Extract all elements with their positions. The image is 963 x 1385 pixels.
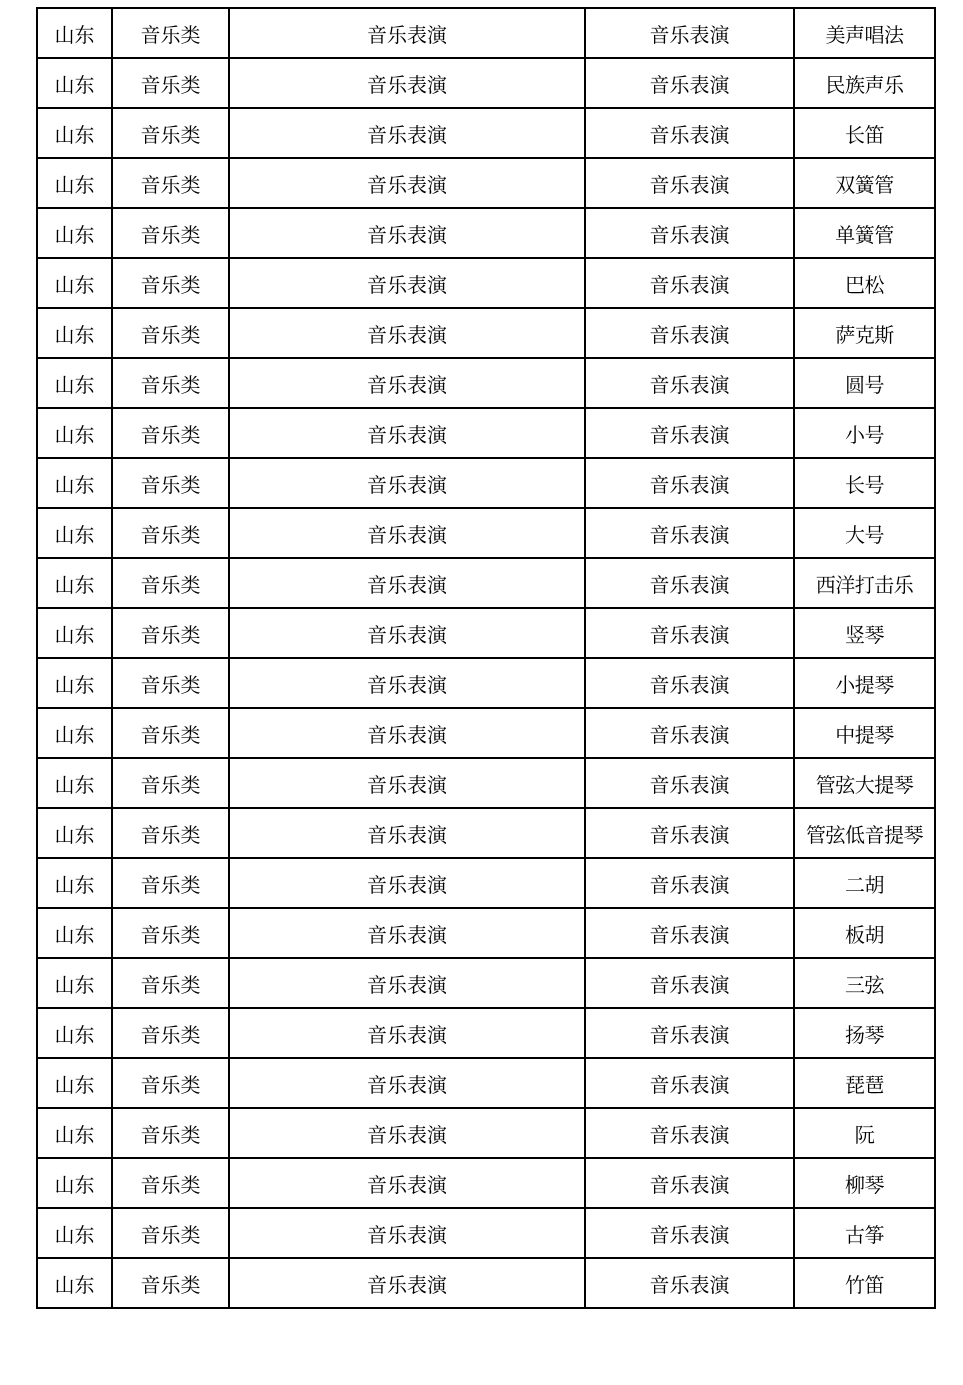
instrument-cell: 单簧管 xyxy=(794,208,935,258)
province-cell: 山东 xyxy=(37,1058,112,1108)
direction-cell: 音乐表演 xyxy=(585,258,794,308)
major-cell: 音乐表演 xyxy=(229,808,585,858)
major-cell: 音乐表演 xyxy=(229,1058,585,1108)
direction-cell: 音乐表演 xyxy=(585,558,794,608)
major-cell: 音乐表演 xyxy=(229,1258,585,1308)
province-cell: 山东 xyxy=(37,808,112,858)
major-cell: 音乐表演 xyxy=(229,208,585,258)
direction-cell: 音乐表演 xyxy=(585,408,794,458)
table-row: 山东音乐类音乐表演音乐表演阮 xyxy=(37,1108,935,1158)
instrument-cell: 琵琶 xyxy=(794,1058,935,1108)
category-cell: 音乐类 xyxy=(112,58,229,108)
category-cell: 音乐类 xyxy=(112,158,229,208)
category-cell: 音乐类 xyxy=(112,408,229,458)
category-cell: 音乐类 xyxy=(112,858,229,908)
instrument-cell: 小号 xyxy=(794,408,935,458)
instrument-cell: 西洋打击乐 xyxy=(794,558,935,608)
table-row: 山东音乐类音乐表演音乐表演小提琴 xyxy=(37,658,935,708)
direction-cell: 音乐表演 xyxy=(585,908,794,958)
direction-cell: 音乐表演 xyxy=(585,358,794,408)
major-cell: 音乐表演 xyxy=(229,508,585,558)
province-cell: 山东 xyxy=(37,908,112,958)
category-cell: 音乐类 xyxy=(112,558,229,608)
direction-cell: 音乐表演 xyxy=(585,658,794,708)
table-row: 山东音乐类音乐表演音乐表演琵琶 xyxy=(37,1058,935,1108)
category-cell: 音乐类 xyxy=(112,958,229,1008)
table-row: 山东音乐类音乐表演音乐表演二胡 xyxy=(37,858,935,908)
major-cell: 音乐表演 xyxy=(229,358,585,408)
instrument-cell: 圆号 xyxy=(794,358,935,408)
major-cell: 音乐表演 xyxy=(229,408,585,458)
table-body: 山东音乐类音乐表演音乐表演美声唱法山东音乐类音乐表演音乐表演民族声乐山东音乐类音… xyxy=(37,8,935,1308)
category-cell: 音乐类 xyxy=(112,608,229,658)
table-row: 山东音乐类音乐表演音乐表演长号 xyxy=(37,458,935,508)
table-row: 山东音乐类音乐表演音乐表演中提琴 xyxy=(37,708,935,758)
major-cell: 音乐表演 xyxy=(229,1108,585,1158)
instrument-cell: 双簧管 xyxy=(794,158,935,208)
direction-cell: 音乐表演 xyxy=(585,1058,794,1108)
province-cell: 山东 xyxy=(37,58,112,108)
major-cell: 音乐表演 xyxy=(229,1158,585,1208)
major-cell: 音乐表演 xyxy=(229,908,585,958)
instrument-cell: 阮 xyxy=(794,1108,935,1158)
table-row: 山东音乐类音乐表演音乐表演双簧管 xyxy=(37,158,935,208)
direction-cell: 音乐表演 xyxy=(585,858,794,908)
table-row: 山东音乐类音乐表演音乐表演巴松 xyxy=(37,258,935,308)
province-cell: 山东 xyxy=(37,1108,112,1158)
major-cell: 音乐表演 xyxy=(229,8,585,58)
category-cell: 音乐类 xyxy=(112,658,229,708)
table-row: 山东音乐类音乐表演音乐表演古筝 xyxy=(37,1208,935,1258)
table-row: 山东音乐类音乐表演音乐表演萨克斯 xyxy=(37,308,935,358)
instrument-cell: 长号 xyxy=(794,458,935,508)
instrument-cell: 板胡 xyxy=(794,908,935,958)
major-cell: 音乐表演 xyxy=(229,58,585,108)
direction-cell: 音乐表演 xyxy=(585,608,794,658)
instrument-cell: 三弦 xyxy=(794,958,935,1008)
table-row: 山东音乐类音乐表演音乐表演竖琴 xyxy=(37,608,935,658)
province-cell: 山东 xyxy=(37,208,112,258)
direction-cell: 音乐表演 xyxy=(585,708,794,758)
major-cell: 音乐表演 xyxy=(229,158,585,208)
province-cell: 山东 xyxy=(37,508,112,558)
table-row: 山东音乐类音乐表演音乐表演民族声乐 xyxy=(37,58,935,108)
category-cell: 音乐类 xyxy=(112,808,229,858)
major-cell: 音乐表演 xyxy=(229,858,585,908)
province-cell: 山东 xyxy=(37,108,112,158)
table-row: 山东音乐类音乐表演音乐表演小号 xyxy=(37,408,935,458)
province-cell: 山东 xyxy=(37,658,112,708)
table-row: 山东音乐类音乐表演音乐表演西洋打击乐 xyxy=(37,558,935,608)
instrument-cell: 竖琴 xyxy=(794,608,935,658)
major-cell: 音乐表演 xyxy=(229,758,585,808)
table-row: 山东音乐类音乐表演音乐表演三弦 xyxy=(37,958,935,1008)
direction-cell: 音乐表演 xyxy=(585,58,794,108)
province-cell: 山东 xyxy=(37,308,112,358)
instrument-cell: 巴松 xyxy=(794,258,935,308)
instrument-cell: 扬琴 xyxy=(794,1008,935,1058)
table-row: 山东音乐类音乐表演音乐表演竹笛 xyxy=(37,1258,935,1308)
direction-cell: 音乐表演 xyxy=(585,1158,794,1208)
instrument-cell: 管弦大提琴 xyxy=(794,758,935,808)
category-cell: 音乐类 xyxy=(112,1258,229,1308)
major-cell: 音乐表演 xyxy=(229,458,585,508)
direction-cell: 音乐表演 xyxy=(585,208,794,258)
province-cell: 山东 xyxy=(37,858,112,908)
category-cell: 音乐类 xyxy=(112,8,229,58)
category-cell: 音乐类 xyxy=(112,758,229,808)
instrument-cell: 萨克斯 xyxy=(794,308,935,358)
direction-cell: 音乐表演 xyxy=(585,8,794,58)
province-cell: 山东 xyxy=(37,458,112,508)
direction-cell: 音乐表演 xyxy=(585,458,794,508)
direction-cell: 音乐表演 xyxy=(585,308,794,358)
province-cell: 山东 xyxy=(37,708,112,758)
category-cell: 音乐类 xyxy=(112,508,229,558)
direction-cell: 音乐表演 xyxy=(585,1208,794,1258)
major-cell: 音乐表演 xyxy=(229,608,585,658)
direction-cell: 音乐表演 xyxy=(585,1108,794,1158)
category-cell: 音乐类 xyxy=(112,308,229,358)
direction-cell: 音乐表演 xyxy=(585,758,794,808)
category-cell: 音乐类 xyxy=(112,458,229,508)
table-row: 山东音乐类音乐表演音乐表演圆号 xyxy=(37,358,935,408)
instrument-cell: 小提琴 xyxy=(794,658,935,708)
province-cell: 山东 xyxy=(37,158,112,208)
table-row: 山东音乐类音乐表演音乐表演长笛 xyxy=(37,108,935,158)
province-cell: 山东 xyxy=(37,1008,112,1058)
direction-cell: 音乐表演 xyxy=(585,958,794,1008)
major-cell: 音乐表演 xyxy=(229,558,585,608)
instrument-cell: 中提琴 xyxy=(794,708,935,758)
table-row: 山东音乐类音乐表演音乐表演柳琴 xyxy=(37,1158,935,1208)
table-row: 山东音乐类音乐表演音乐表演板胡 xyxy=(37,908,935,958)
instrument-cell: 古筝 xyxy=(794,1208,935,1258)
instrument-cell: 管弦低音提琴 xyxy=(794,808,935,858)
instrument-cell: 民族声乐 xyxy=(794,58,935,108)
category-cell: 音乐类 xyxy=(112,108,229,158)
instrument-cell: 大号 xyxy=(794,508,935,558)
category-cell: 音乐类 xyxy=(112,708,229,758)
category-cell: 音乐类 xyxy=(112,358,229,408)
table-row: 山东音乐类音乐表演音乐表演美声唱法 xyxy=(37,8,935,58)
category-cell: 音乐类 xyxy=(112,1008,229,1058)
direction-cell: 音乐表演 xyxy=(585,158,794,208)
table-row: 山东音乐类音乐表演音乐表演扬琴 xyxy=(37,1008,935,1058)
direction-cell: 音乐表演 xyxy=(585,108,794,158)
table-row: 山东音乐类音乐表演音乐表演管弦大提琴 xyxy=(37,758,935,808)
direction-cell: 音乐表演 xyxy=(585,508,794,558)
instrument-cell: 美声唱法 xyxy=(794,8,935,58)
province-cell: 山东 xyxy=(37,608,112,658)
province-cell: 山东 xyxy=(37,258,112,308)
category-cell: 音乐类 xyxy=(112,1208,229,1258)
province-cell: 山东 xyxy=(37,1258,112,1308)
direction-cell: 音乐表演 xyxy=(585,1008,794,1058)
province-cell: 山东 xyxy=(37,408,112,458)
province-cell: 山东 xyxy=(37,758,112,808)
instrument-cell: 二胡 xyxy=(794,858,935,908)
direction-cell: 音乐表演 xyxy=(585,1258,794,1308)
category-cell: 音乐类 xyxy=(112,1108,229,1158)
major-cell: 音乐表演 xyxy=(229,1208,585,1258)
major-cell: 音乐表演 xyxy=(229,108,585,158)
instrument-cell: 柳琴 xyxy=(794,1158,935,1208)
category-cell: 音乐类 xyxy=(112,258,229,308)
category-cell: 音乐类 xyxy=(112,1058,229,1108)
data-table: 山东音乐类音乐表演音乐表演美声唱法山东音乐类音乐表演音乐表演民族声乐山东音乐类音… xyxy=(36,7,936,1309)
table-row: 山东音乐类音乐表演音乐表演单簧管 xyxy=(37,208,935,258)
direction-cell: 音乐表演 xyxy=(585,808,794,858)
province-cell: 山东 xyxy=(37,958,112,1008)
category-cell: 音乐类 xyxy=(112,1158,229,1208)
table-row: 山东音乐类音乐表演音乐表演大号 xyxy=(37,508,935,558)
province-cell: 山东 xyxy=(37,8,112,58)
major-cell: 音乐表演 xyxy=(229,308,585,358)
province-cell: 山东 xyxy=(37,1158,112,1208)
instrument-cell: 长笛 xyxy=(794,108,935,158)
province-cell: 山东 xyxy=(37,558,112,608)
major-cell: 音乐表演 xyxy=(229,1008,585,1058)
table-row: 山东音乐类音乐表演音乐表演管弦低音提琴 xyxy=(37,808,935,858)
category-cell: 音乐类 xyxy=(112,208,229,258)
major-cell: 音乐表演 xyxy=(229,658,585,708)
province-cell: 山东 xyxy=(37,1208,112,1258)
major-cell: 音乐表演 xyxy=(229,958,585,1008)
category-cell: 音乐类 xyxy=(112,908,229,958)
major-cell: 音乐表演 xyxy=(229,708,585,758)
province-cell: 山东 xyxy=(37,358,112,408)
major-cell: 音乐表演 xyxy=(229,258,585,308)
instrument-cell: 竹笛 xyxy=(794,1258,935,1308)
